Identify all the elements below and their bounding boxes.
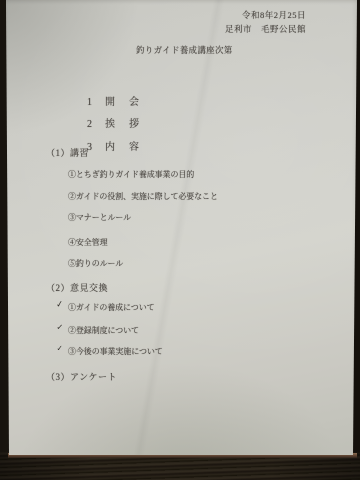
lecture-item-1: ①とちぎ釣りガイド養成事業の目的	[68, 169, 194, 180]
lecture-item-3: ③マナーとルール	[68, 212, 131, 223]
date-line: 令和8年2月25日	[0, 9, 306, 21]
section-heading-discussion: （2）意見交換	[46, 281, 108, 294]
lecture-item-2: ②ガイドの役割、実施に際して必要なこと	[68, 191, 218, 202]
discussion-item-1: ①ガイドの養成について	[68, 302, 155, 313]
paper-sheet: 令和8年2月25日 足利市 毛野公民館 釣りガイド養成講座次第 1開 会 2挨 …	[0, 0, 360, 480]
section-heading-lecture: （1）講習	[46, 146, 89, 159]
lecture-item-5: ⑤釣りのルール	[68, 258, 123, 269]
discussion-item-2: ②登録制度について	[68, 325, 139, 336]
handwritten-check-icon: ✓	[56, 323, 63, 332]
document-photo: 令和8年2月25日 足利市 毛野公民館 釣りガイド養成講座次第 1開 会 2挨 …	[0, 0, 360, 480]
handwritten-check-icon: ✓	[56, 345, 63, 354]
venue-line: 足利市 毛野公民館	[0, 23, 306, 35]
lecture-item-4: ④安全管理	[68, 237, 108, 248]
section-heading-questionnaire: （3）アンケート	[46, 370, 117, 383]
discussion-item-3: ③今後の事業実施について	[68, 346, 163, 357]
agenda-label: 内 容	[105, 142, 141, 153]
handwritten-check-icon: ✓	[55, 300, 64, 311]
document-title: 釣りガイド養成講座次第	[136, 44, 233, 56]
